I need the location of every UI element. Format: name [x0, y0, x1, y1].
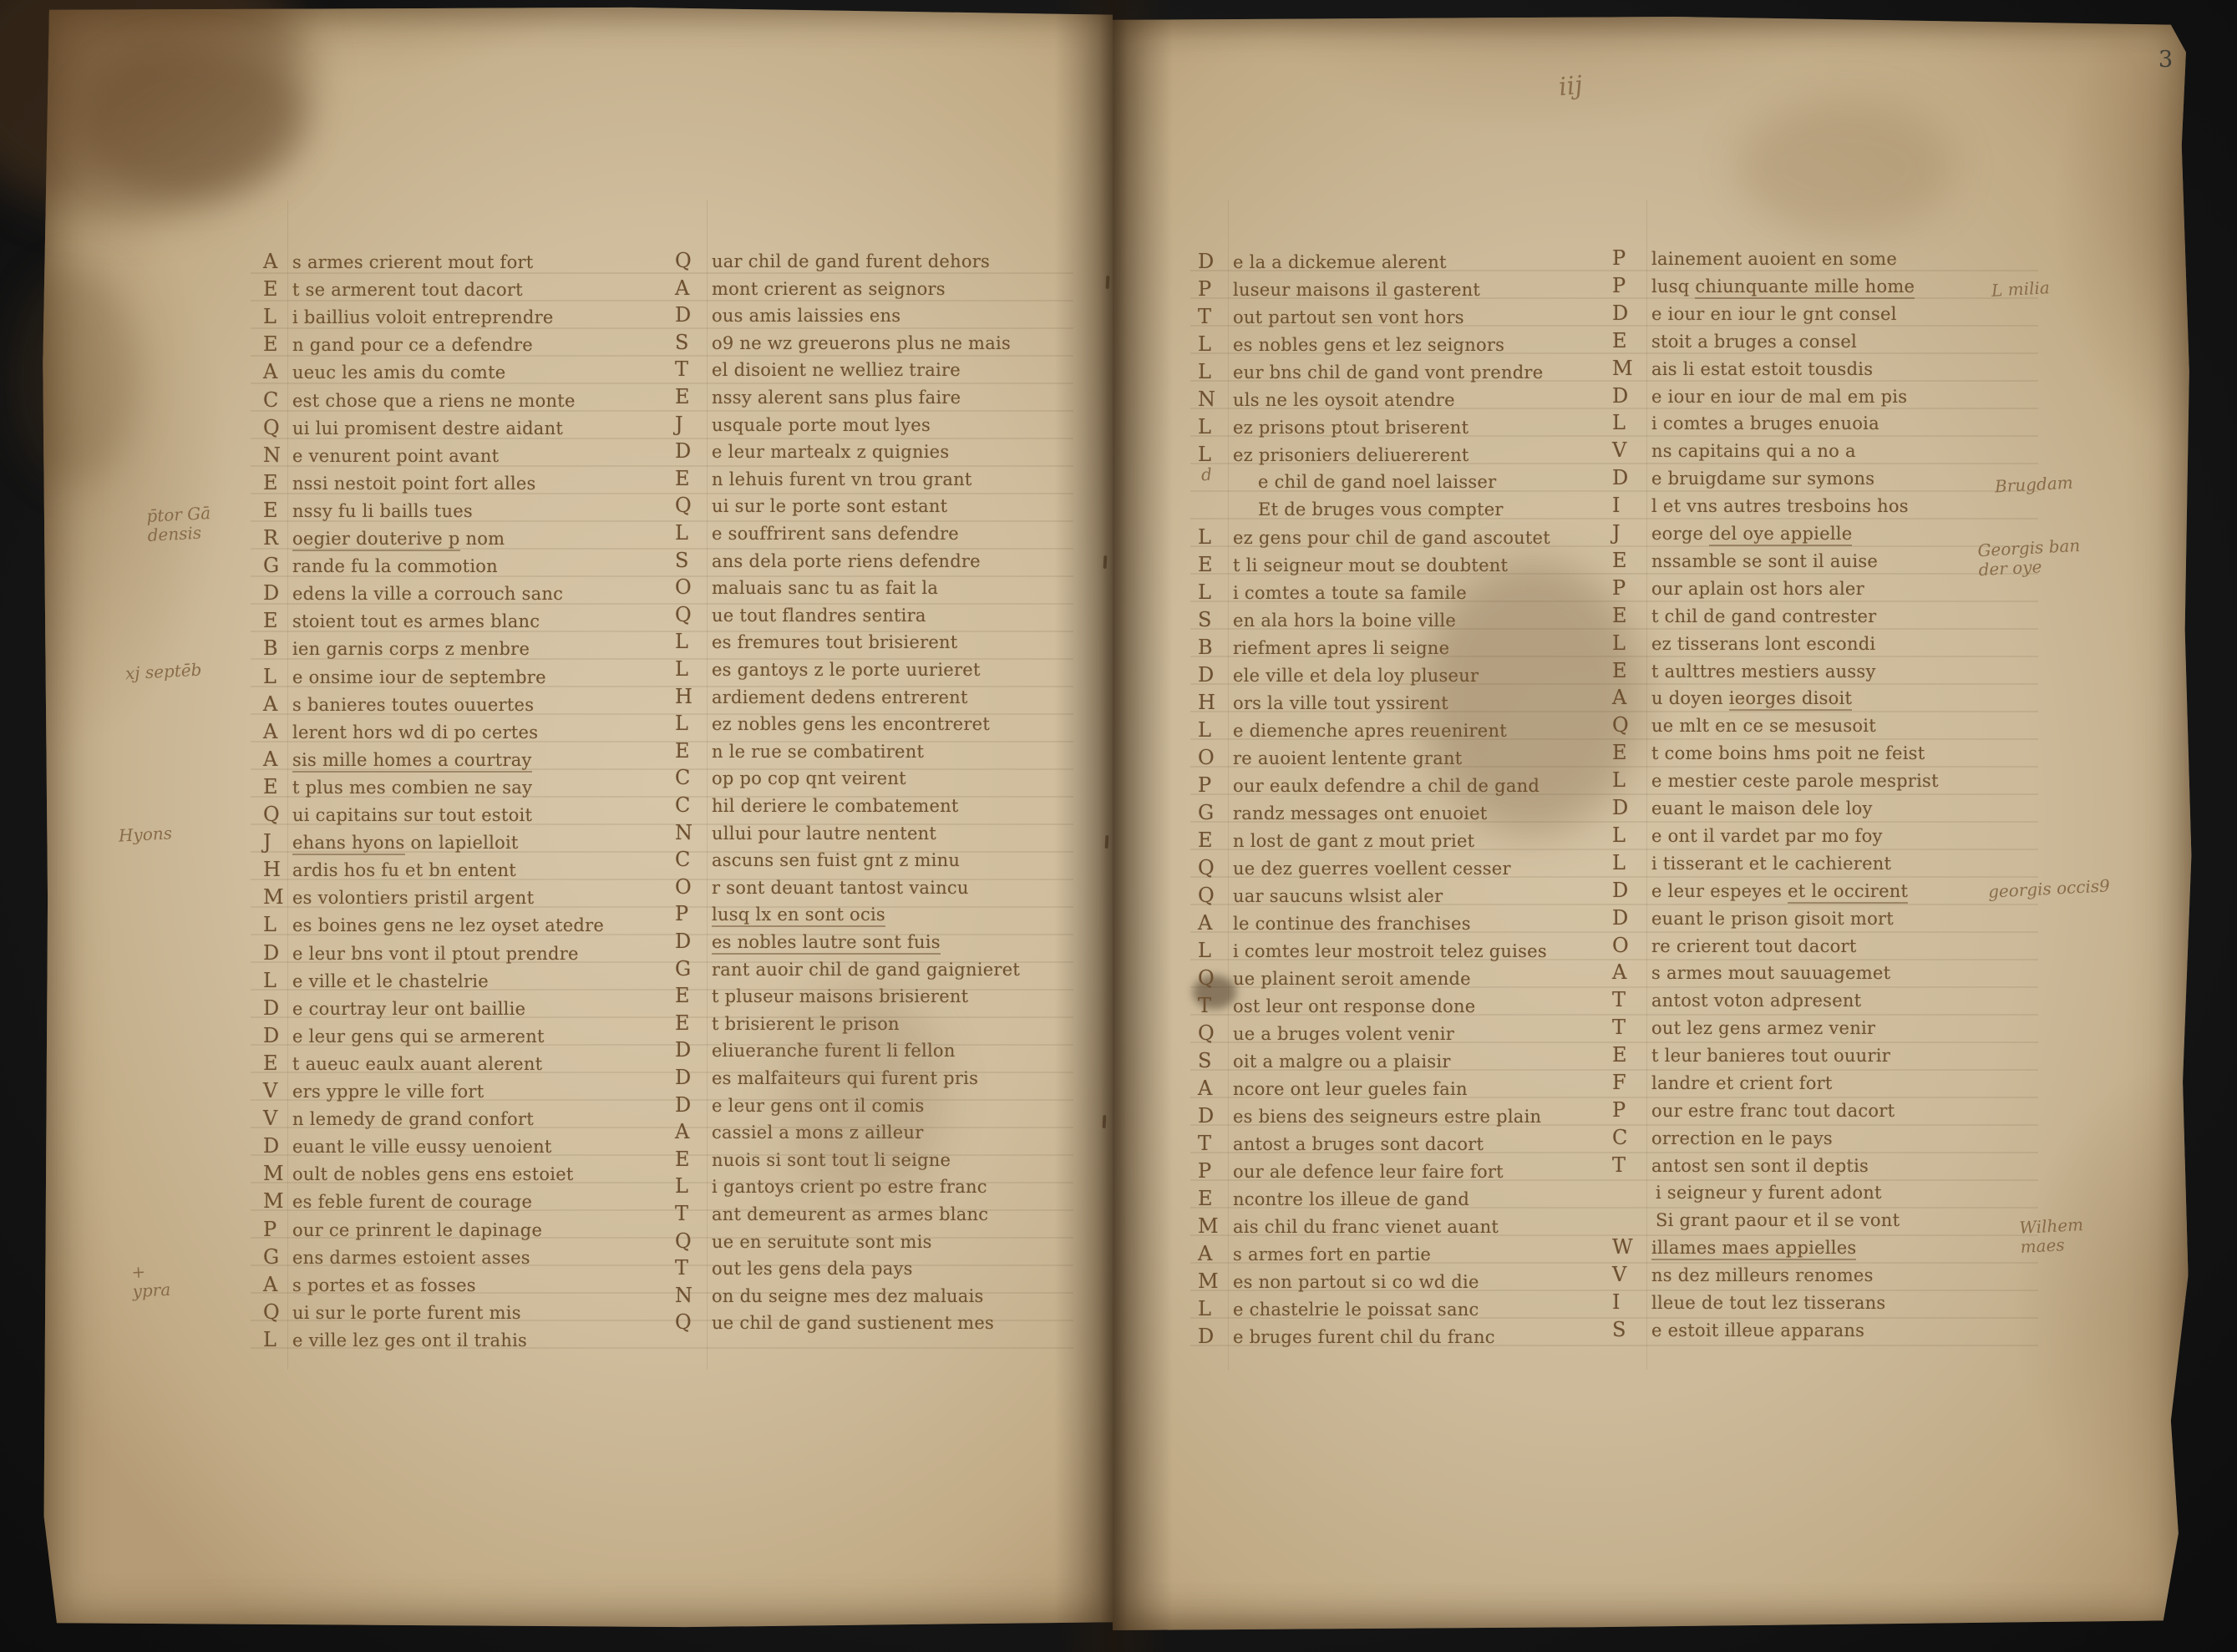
verse-line-col3-18: Le diemenche apres reuenirent	[1198, 719, 1507, 743]
versal-initial: L	[263, 1329, 292, 1351]
verse-text: e leur martealx z quignies	[712, 442, 949, 462]
verse-text: ue en seruitute sont mis	[712, 1232, 932, 1252]
verse-line-col4-9: De bruigdame sur symons	[1612, 467, 1874, 491]
margin-note-georgis-occ: georgis occis9	[1987, 876, 2110, 902]
versal-initial: A	[1198, 1243, 1233, 1265]
versal-initial: H	[263, 859, 292, 881]
verse-line-col1-2: Et se armerent tout dacort	[263, 278, 523, 302]
versal-initial: A	[675, 277, 712, 300]
versal-initial: P	[1198, 774, 1233, 797]
margin-note-wilhem: Wilhemmaes	[2019, 1215, 2085, 1257]
versal-initial: S	[1198, 1050, 1233, 1072]
verse-text: e venurent point avant	[292, 446, 499, 466]
verse-text: t li seigneur mout se doubtent	[1233, 555, 1508, 575]
verse-line-col4-25: Deuant le prison gisoit mort	[1612, 907, 1894, 931]
verse-line-col3-6: Nuls ne les oysoit atendre	[1198, 388, 1455, 413]
verse-text: ns dez milleurs renomes	[1651, 1265, 1874, 1285]
verse-text: edens la ville a corrouch sanc	[292, 584, 563, 604]
verse-line-col2-7: Jusquale porte mout lyes	[675, 413, 931, 438]
verse-text: es fremures tout brisierent	[712, 632, 958, 652]
versal-initial: D	[1198, 251, 1233, 273]
manuscript-text-layer: As armes crierent mout fortEt se armeren…	[0, 0, 2237, 1652]
verse-line-col4-16: Et aulttres mestiers aussy	[1612, 660, 1876, 684]
verse-line-col4-23: Li tisserant et le cachierent	[1612, 852, 1891, 876]
verse-text: ehans hyons on lapielloit	[292, 833, 519, 855]
versal-initial: E	[263, 776, 292, 798]
versal-initial: A	[1612, 687, 1651, 709]
verse-line-col1-35: Mes feble furent de courage	[263, 1190, 532, 1214]
verse-text: e ville et le chastelrie	[292, 971, 489, 991]
versal-initial: Q	[263, 1301, 292, 1324]
verse-text: ez tisserans lont escondi	[1651, 634, 1875, 654]
versal-initial: P	[1612, 275, 1651, 297]
versal-initial: Q	[1612, 714, 1651, 737]
versal-initial: W	[1612, 1236, 1651, 1259]
verse-text: ue mlt en ce se mesusoit	[1651, 716, 1876, 736]
versal-initial: D	[263, 942, 292, 965]
verse-text: oit a malgre ou a plaisir	[1233, 1052, 1451, 1072]
verse-text: es gantoys z le porte uurieret	[712, 660, 981, 680]
verse-line-col3-24: Quar saucuns wlsist aler	[1198, 884, 1443, 909]
versal-initial: P	[1612, 577, 1651, 600]
ink-underline: lusq lx en sont ocis	[712, 905, 885, 927]
versal-initial: C	[1612, 1127, 1651, 1149]
versal-initial: M	[263, 1190, 292, 1213]
verse-text: e diemenche apres reuenirent	[1233, 721, 1507, 741]
versal-initial: A	[1198, 1077, 1233, 1100]
versal-initial: E	[263, 333, 292, 356]
versal-initial: D	[1198, 1105, 1233, 1128]
versal-initial: P	[1198, 1160, 1233, 1183]
verse-line-col3-29: Que a bruges volent venir	[1198, 1022, 1454, 1046]
verse-text: maluais sanc tu as fait la	[712, 578, 938, 598]
verse-text: ueuc les amis du comte	[292, 362, 505, 383]
verse-line-col1-24: Mes volontiers pristil argent	[263, 886, 534, 910]
verse-line-col2-38: Tout les gens dela pays	[675, 1257, 913, 1281]
verse-text: uar saucuns wlsist aler	[1233, 886, 1443, 906]
verse-line-col4-19: Et come boins hms poit ne feist	[1612, 742, 1925, 766]
verse-text: e leur espeyes et le occirent	[1651, 881, 1908, 904]
versal-initial: E	[263, 1052, 292, 1075]
verse-line-col4-17: Au doyen ieorges disoit	[1612, 687, 1852, 711]
verse-text: e bruigdame sur symons	[1651, 469, 1874, 489]
versal-initial: T	[675, 358, 712, 381]
versal-initial: J	[1612, 522, 1651, 545]
versal-initial: L	[1198, 581, 1233, 604]
verse-text: t chil de gand contrester	[1651, 606, 1876, 626]
verse-line-col2-34: Enuois si sont tout li seigne	[675, 1148, 951, 1173]
verse-text: landre et crient fort	[1651, 1073, 1833, 1093]
versal-initial: M	[1198, 1215, 1233, 1238]
verse-text: ue a bruges volent venir	[1233, 1024, 1454, 1044]
verse-line-col3-3: Tout partout sen vont hors	[1198, 306, 1464, 330]
verse-line-col2-18: Lez nobles gens les encontreret	[675, 712, 990, 737]
verse-line-col3-15: Briefment apres li seigne	[1198, 636, 1449, 661]
verse-line-col2-3: Dous amis laissies ens	[675, 304, 900, 328]
verse-line-col2-28: Et pluseur maisons brisierent	[675, 985, 968, 1009]
verse-line-col3-11: Lez gens pour chil de gand ascoutet	[1198, 526, 1550, 550]
verse-text: e onsime iour de septembre	[292, 667, 546, 687]
verse-text: out les gens dela pays	[712, 1259, 913, 1279]
verse-text: ien garnis corps z menbre	[292, 639, 530, 659]
verse-line-col2-10: Qui sur le porte sont estant	[675, 494, 947, 519]
verse-line-col2-29: Et brisierent le prison	[675, 1012, 900, 1036]
verse-text: es non partout si co wd die	[1233, 1272, 1479, 1292]
verse-text: o9 ne wz greuerons plus ne mais	[712, 333, 1011, 353]
margin-note-line: ypra	[132, 1280, 171, 1301]
verse-line-col1-15: Bien garnis corps z menbre	[263, 637, 530, 661]
versal-initial: E	[1612, 550, 1651, 572]
verse-line-col4-8: Vns capitains qui a no a	[1612, 439, 1856, 464]
verse-line-col3-20: Pour eaulx defendre a chil de gand	[1198, 774, 1540, 798]
verse-line-col2-8: De leur martealx z quignies	[675, 440, 949, 464]
verse-text: ez prisons ptout briserent	[1233, 418, 1469, 438]
versal-initial: Q	[263, 803, 292, 826]
versal-initial: L	[1198, 416, 1233, 438]
versal-initial: L	[263, 914, 292, 936]
versal-initial: J	[675, 413, 712, 436]
verse-line-col3-27: Que plainent seroit amende	[1198, 967, 1471, 991]
verse-line-col2-17: Hardiement dedens entrerent	[675, 686, 968, 710]
verse-line-col2-13: Omaluais sanc tu as fait la	[675, 576, 938, 600]
verse-text: t come boins hms poit ne feist	[1651, 743, 1925, 763]
verse-line-col4-24: De leur espeyes et le occirent	[1612, 879, 1908, 904]
margin-note-hyons: Hyons	[118, 824, 172, 846]
verse-text: t pluseur maisons brisierent	[712, 986, 968, 1006]
verse-text: nssi nestoit point fort alles	[292, 474, 536, 494]
verse-text: stoient tout es armes blanc	[292, 611, 540, 631]
verse-line-col1-5: Aueuc les amis du comte	[263, 361, 505, 385]
verse-text: eur bns chil de gand vont prendre	[1233, 362, 1543, 383]
verse-text: t plus mes combien ne say	[292, 778, 532, 798]
versal-initial: L	[675, 658, 712, 681]
versal-initial: J	[263, 831, 292, 854]
verse-text: lusq chiunquante mille home	[1651, 276, 1915, 299]
verse-text: e la a dickemue alerent	[1233, 252, 1447, 272]
verse-line-col4-18: Que mlt en ce se mesusoit	[1612, 714, 1876, 738]
verse-text: lusq lx en sont ocis	[712, 905, 885, 927]
verse-line-col3-8: Lez prisoniers deliuererent	[1198, 443, 1469, 468]
versal-initial: Q	[675, 1230, 712, 1253]
verse-text: e estoit illeue apparans	[1651, 1320, 1864, 1340]
verse-text: nssamble se sont il auise	[1651, 551, 1878, 571]
verse-text: out lez gens armez venir	[1651, 1018, 1875, 1038]
verse-line-col1-8: Ne venurent point avant	[263, 444, 499, 469]
verse-line-col1-4: En gand pour ce a defendre	[263, 333, 533, 357]
verse-line-col4-27: As armes mout sauuagemet	[1612, 961, 1890, 986]
versal-initial: S	[1612, 1319, 1651, 1341]
verse-text: ue plainent seroit amende	[1233, 969, 1471, 989]
versal-initial: E	[1612, 660, 1651, 682]
verse-line-col1-18: Alerent hors wd di po certes	[263, 721, 538, 745]
verse-text: euant le maison dele loy	[1651, 798, 1873, 818]
versal-initial: E	[1612, 742, 1651, 764]
versal-initial: L	[1612, 769, 1651, 792]
versal-initial: L	[1612, 852, 1651, 874]
verse-line-col1-10: Enssy fu li baills tues	[263, 499, 473, 524]
verse-text: le continue des franchises	[1233, 914, 1471, 934]
verse-line-col3-16: Dele ville et dela loy pluseur	[1198, 664, 1479, 688]
verse-line-col4-4: Estoit a bruges a consel	[1612, 330, 1857, 354]
versal-initial: A	[263, 693, 292, 716]
verse-line-col3-21: Grandz messages ont enuoiet	[1198, 802, 1488, 826]
verse-line-col3-30: Soit a malgre ou a plaisir	[1198, 1050, 1451, 1074]
verse-text: ui sur le porte sont estant	[712, 496, 947, 516]
verse-line-col4-3: De iour en iour le gnt consel	[1612, 302, 1897, 327]
versal-initial: D	[1612, 797, 1651, 819]
versal-initial: Q	[1198, 967, 1233, 990]
verse-line-col3-31: Ancore ont leur gueles fain	[1198, 1077, 1468, 1102]
quire-signature: iij	[1557, 71, 1584, 103]
versal-initial: L	[1198, 333, 1233, 356]
versal-initial: G	[1198, 802, 1233, 824]
verse-line-col3-39: Le chastelrie le poissat sanc	[1198, 1298, 1479, 1322]
versal-initial: D	[1612, 907, 1651, 930]
verse-text: ncore ont leur gueles fain	[1233, 1079, 1468, 1099]
verse-line-col1-23: Hardis hos fu et bn entent	[263, 859, 516, 883]
verse-line-col4-33: Correction en le pays	[1612, 1127, 1833, 1151]
verse-line-col2-35: Li gantoys crient po estre franc	[675, 1175, 987, 1199]
verse-line-col3-5: Leur bns chil de gand vont prendre	[1198, 361, 1543, 385]
verse-line-col4-32: Pour estre franc tout dacort	[1612, 1099, 1895, 1123]
verse-text: ns capitains qui a no a	[1651, 441, 1856, 461]
verse-text: ans dela porte riens defendre	[712, 551, 981, 571]
verse-line-col2-31: Des malfaiteurs qui furent pris	[675, 1067, 978, 1091]
versal-initial: H	[675, 686, 712, 708]
verse-line-col2-24: Or sont deuant tantost vaincu	[675, 876, 969, 900]
versal-initial: M	[1198, 1270, 1233, 1293]
verse-line-col1-25: Les boines gens ne lez oyset atedre	[263, 914, 604, 938]
versal-initial: L	[1612, 412, 1651, 434]
verse-line-col1-11: Roegier douterive p nom	[263, 527, 505, 551]
verse-text: lleue de tout lez tisserans	[1651, 1293, 1885, 1313]
verse-line-col4-1: Plainement auoient en some	[1612, 247, 1897, 271]
verse-line-col3-37: As armes fort en partie	[1198, 1243, 1431, 1267]
versal-initial: L	[1198, 443, 1233, 466]
verse-text: mont crierent as seignors	[712, 279, 946, 299]
verse-line-col4-13: Pour aplain ost hors aler	[1612, 577, 1864, 601]
versal-initial: C	[675, 849, 712, 871]
verse-text: antost sen sont il deptis	[1651, 1156, 1869, 1176]
versal-initial: T	[1612, 989, 1651, 1011]
versal-initial: E	[675, 1148, 712, 1171]
verse-text: ue dez guerres voellent cesser	[1233, 859, 1511, 879]
margin-note-line: Hyons	[118, 824, 172, 846]
versal-initial: T	[1198, 306, 1233, 328]
versal-initial: T	[1612, 1016, 1651, 1039]
margin-note-brugdam: Brugdam	[1994, 474, 2073, 497]
verse-text: e mestier ceste parole mesprist	[1651, 771, 1939, 791]
verse-text: i baillius voloit entreprendre	[292, 307, 554, 327]
versal-initial: N	[263, 444, 292, 467]
versal-initial: D	[675, 1039, 712, 1062]
verse-line-col1-29: De leur gens qui se armerent	[263, 1025, 545, 1049]
verse-line-col2-20: Cop po cop qnt veirent	[675, 767, 906, 791]
verse-line-col2-14: Que tout flandres sentira	[675, 604, 926, 628]
verse-text: ardis hos fu et bn entent	[292, 860, 516, 880]
verse-text: our eaulx defendre a chil de gand	[1233, 776, 1540, 796]
ink-underline: illames maes appielles	[1651, 1238, 1856, 1260]
verse-line-col1-20: Et plus mes combien ne say	[263, 776, 532, 800]
verse-text: ers yppre le ville fort	[292, 1082, 484, 1102]
verse-text: nssy alerent sans plus faire	[712, 388, 961, 408]
margin-note-line: maes	[2020, 1234, 2085, 1257]
verse-line-col4-36: Si grant paour et il se vont	[1656, 1209, 1900, 1233]
verse-text: e iour en iour de mal em pis	[1651, 387, 1907, 407]
verse-text: r sont deuant tantost vaincu	[712, 878, 969, 898]
versal-initial: D	[675, 930, 712, 953]
verse-text: Et de bruges vous compter	[1258, 499, 1504, 519]
verse-line-col3-7: Lez prisons ptout briserent	[1198, 416, 1469, 440]
versal-initial: V	[1612, 1264, 1651, 1286]
versal-initial: O	[675, 576, 712, 599]
versal-initial: E	[263, 499, 292, 522]
versal-initial: E	[675, 985, 712, 1007]
versal-initial: I	[1612, 494, 1651, 517]
verse-text: uar chil de gand furent dehors	[712, 251, 990, 271]
verse-line-col3-32: Des biens des seigneurs estre plain	[1198, 1105, 1541, 1129]
verse-text: ais li estat estoit tousdis	[1651, 359, 1873, 379]
verse-line-col3-19: Ore auoient lentente grant	[1198, 747, 1462, 771]
verse-text: t leur banieres tout ouurir	[1651, 1046, 1890, 1066]
verse-line-col1-34: Moult de nobles gens ens estoiet	[263, 1163, 574, 1187]
verse-text: e ont il vardet par mo foy	[1651, 826, 1883, 846]
versal-initial: D	[1612, 385, 1651, 408]
verse-line-col3-36: Mais chil du franc vienet auant	[1198, 1215, 1499, 1239]
verse-line-col2-26: Des nobles lautre sont fuis	[675, 930, 941, 955]
versal-initial: D	[263, 1025, 292, 1047]
versal-initial: O	[1198, 747, 1233, 769]
margin-note-date: xj septēb	[124, 661, 202, 684]
verse-line-col4-26: Ore crierent tout dacort	[1612, 935, 1857, 959]
versal-initial: B	[1198, 636, 1233, 659]
versal-initial: C	[263, 389, 292, 412]
verse-text: e leur bns vont il ptout prendre	[292, 944, 579, 964]
verse-line-col2-12: Sans dela porte riens defendre	[675, 550, 981, 574]
verse-line-col4-40: Se estoit illeue apparans	[1612, 1319, 1864, 1343]
verse-line-col4-10: Il et vns autres tresboins hos	[1612, 494, 1909, 519]
verse-text: s banieres toutes ouuertes	[292, 695, 534, 715]
versal-initial: E	[1612, 1044, 1651, 1067]
verse-text: n lehuis furent vn trou grant	[712, 469, 972, 489]
verse-text: i comtes a toute sa famile	[1233, 583, 1467, 603]
margin-note-pretor: p̄tor Gādensis	[146, 504, 212, 545]
versal-initial: V	[263, 1080, 292, 1102]
ink-underline: chiunquante mille home	[1695, 276, 1915, 299]
verse-line-col2-27: Grant auoir chil de gand gaignieret	[675, 958, 1020, 982]
verse-text: e souffrirent sans defendre	[712, 524, 959, 544]
versal-initial: S	[1198, 609, 1233, 631]
verse-line-col3-23: Que dez guerres voellent cesser	[1198, 857, 1511, 881]
verse-line-col4-20: Le mestier ceste parole mesprist	[1612, 769, 1939, 793]
verse-line-col4-38: Vns dez milleurs renomes	[1612, 1264, 1874, 1288]
verse-text: ascuns sen fuist gnt z minu	[712, 850, 960, 870]
versal-initial: Q	[675, 1311, 712, 1334]
verse-line-col3-2: Pluseur maisons il gasterent	[1198, 278, 1480, 302]
verse-text: our ce prinrent le dapinage	[292, 1220, 542, 1240]
versal-initial: Q	[675, 250, 712, 272]
verse-text: e leur gens ont il comis	[712, 1096, 925, 1116]
versal-initial: E	[1612, 605, 1651, 627]
verse-text: i tisserant et le cachierent	[1651, 854, 1891, 874]
ink-underline: et le occirent	[1788, 881, 1908, 904]
verse-text: ant demeurent as armes blanc	[712, 1204, 988, 1224]
verse-text: uls ne les oysoit atendre	[1233, 390, 1455, 410]
versal-initial: P	[1612, 1099, 1651, 1122]
verse-text: ous amis laissies ens	[712, 306, 900, 326]
margin-note-lmilia: L milia	[1991, 279, 2050, 302]
verse-text: es boines gens ne lez oyset atedre	[292, 915, 604, 935]
verse-line-col1-12: Grande fu la commotion	[263, 555, 498, 579]
verse-text: e courtray leur ont baillie	[292, 999, 525, 1019]
verse-line-col1-6: Cest chose que a riens ne monte	[263, 389, 576, 413]
verse-line-col3-28: Tost leur ont response done	[1198, 995, 1475, 1019]
versal-initial: M	[1612, 357, 1651, 380]
versal-initial: L	[1198, 1298, 1233, 1320]
verse-text: our estre franc tout dacort	[1651, 1101, 1895, 1121]
ink-underline: sis mille homes a courtray	[292, 750, 532, 773]
verse-line-col2-4: So9 ne wz greuerons plus ne mais	[675, 332, 1011, 356]
margin-note-line: d	[1200, 465, 1212, 485]
verse-line-col2-6: Enssy alerent sans plus faire	[675, 386, 961, 410]
verse-text: oegier douterive p nom	[292, 529, 505, 551]
verse-text: ost leur ont response done	[1233, 996, 1475, 1016]
verse-line-col2-22: Nullui pour lautre nentent	[675, 822, 936, 846]
versal-initial: D	[1612, 467, 1651, 489]
verse-line-col3-9: e chil de gand noel laisser	[1258, 471, 1496, 494]
versal-initial: L	[675, 631, 712, 653]
verse-text: est chose que a riens ne monte	[292, 391, 576, 411]
verse-line-col3-4: Les nobles gens et lez seignors	[1198, 333, 1504, 357]
verse-line-col1-33: Deuant le ville eussy uenoient	[263, 1135, 552, 1159]
verse-line-col3-34: Pour ale defence leur faire fort	[1198, 1160, 1504, 1184]
versal-initial: L	[263, 306, 292, 328]
margin-note-line: georgis occis9	[1987, 876, 2110, 902]
verse-text: e iour en iour le gnt consel	[1651, 304, 1897, 324]
verse-line-col2-30: Deliueranche furent li fellon	[675, 1039, 956, 1063]
verse-line-col3-13: Li comtes a toute sa famile	[1198, 581, 1467, 606]
verse-text: nuois si sont tout li seigne	[712, 1150, 951, 1170]
versal-initial: N	[1198, 388, 1233, 411]
verse-line-col1-28: De courtray leur ont baillie	[263, 997, 525, 1021]
verse-line-col1-3: Li baillius voloit entreprendre	[263, 306, 554, 330]
verse-line-col1-38: As portes et as fosses	[263, 1274, 476, 1298]
verse-line-col3-25: Ale continue des franchises	[1198, 912, 1471, 936]
verse-text: cassiel a mons z ailleur	[712, 1122, 924, 1143]
verse-line-col4-34: Tantost sen sont il deptis	[1612, 1154, 1869, 1178]
verse-line-col3-10: Et de bruges vous compter	[1258, 499, 1504, 522]
verse-line-col2-1: Quar chil de gand furent dehors	[675, 250, 990, 274]
verse-text: es feble furent de courage	[292, 1192, 532, 1212]
ink-underline: es nobles lautre sont fuis	[712, 932, 941, 955]
verse-text: ais chil du franc vienet auant	[1233, 1217, 1499, 1237]
verse-text: ui capitains sur tout estoit	[292, 805, 532, 825]
versal-initial: Q	[1198, 857, 1233, 879]
verse-line-col1-21: Qui capitains sur tout estoit	[263, 803, 532, 828]
verse-text: t aueuc eaulx auant alerent	[292, 1054, 542, 1074]
verse-text: s portes et as fosses	[292, 1275, 476, 1295]
versal-initial: Q	[675, 604, 712, 626]
verse-line-col3-1: De la a dickemue alerent	[1198, 251, 1447, 275]
verse-line-col3-38: Mes non partout si co wd die	[1198, 1270, 1479, 1295]
verse-text: nssy fu li baills tues	[292, 501, 473, 521]
margin-note-line: xj septēb	[124, 661, 202, 684]
verse-text: ncontre los illeue de gand	[1233, 1189, 1469, 1209]
versal-initial: L	[1612, 824, 1651, 847]
verse-line-col4-22: Le ont il vardet par mo foy	[1612, 824, 1883, 849]
verse-text: ue chil de gand sustienent mes	[712, 1313, 994, 1333]
versal-initial: L	[1198, 940, 1233, 962]
